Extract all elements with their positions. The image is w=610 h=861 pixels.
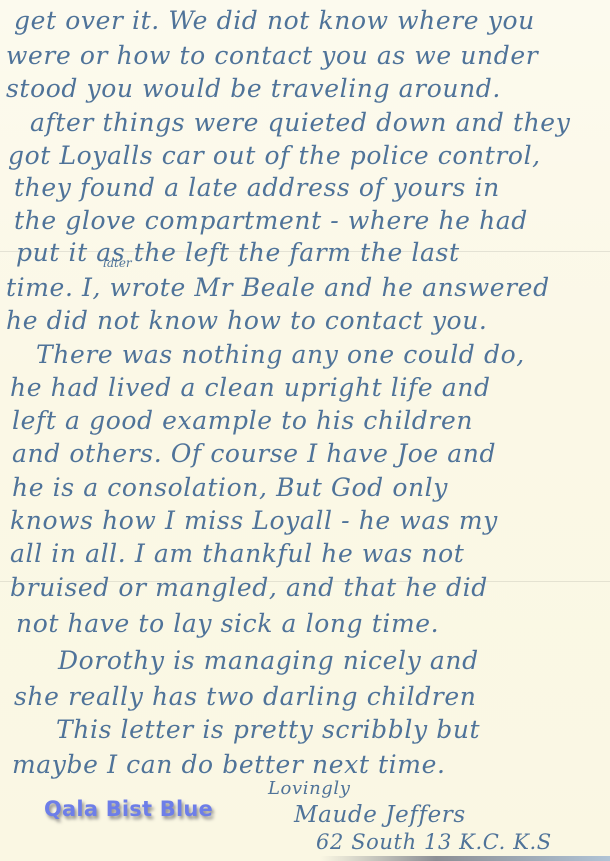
letter-line: got Loyalls car out of the police contro… bbox=[8, 143, 541, 168]
letter-line: left a good example to his children bbox=[12, 408, 473, 433]
letter-line: he did not know how to contact you. bbox=[6, 308, 487, 333]
letter-line: maybe I can do better next time. bbox=[12, 752, 446, 777]
letter-line: not have to lay sick a long time. bbox=[16, 611, 439, 636]
letter-line: There was nothing any one could do, bbox=[36, 342, 525, 367]
letter-line: get over it. We did not know where you bbox=[14, 8, 535, 33]
letter-line: he is a consolation, But God only bbox=[12, 475, 448, 500]
letter-line: bruised or mangled, and that he did bbox=[10, 575, 488, 600]
letter-line: put it as the left the farm the last bbox=[16, 240, 460, 265]
letter-line: he had lived a clean upright life and bbox=[10, 375, 491, 400]
letter-line: and others. Of course I have Joe and bbox=[12, 441, 496, 466]
letter-line: stood you would be traveling around. bbox=[6, 76, 501, 101]
letter-line: knows how I miss Loyall - he was my bbox=[10, 508, 498, 533]
letter-line: This letter is pretty scribbly but bbox=[56, 717, 480, 742]
letter-line: all in all. I am thankful he was not bbox=[10, 541, 464, 566]
letter-line: were or how to contact you as we under bbox=[6, 43, 538, 68]
watermark-logo: Qala Bist Blue bbox=[44, 797, 213, 821]
letter-signature: Maude Jeffers bbox=[294, 804, 466, 827]
letter-line: they found a late address of yours in bbox=[14, 175, 500, 200]
letter-line: she really has two darling children bbox=[14, 684, 476, 709]
letter-address: 62 South 13 K.C. K.S bbox=[316, 832, 552, 853]
letter-line: Dorothy is managing nicely and bbox=[58, 648, 479, 673]
paper-bottom-edge bbox=[320, 856, 610, 861]
letter-line: time. I, wrote Mr Beale and he answered bbox=[6, 275, 550, 300]
letter-line: the glove compartment - where he had bbox=[14, 208, 528, 233]
letter-line: after things were quieted down and they bbox=[30, 110, 570, 135]
insertion-above-line: later bbox=[103, 256, 132, 270]
letter-closing: Lovingly bbox=[268, 780, 351, 798]
